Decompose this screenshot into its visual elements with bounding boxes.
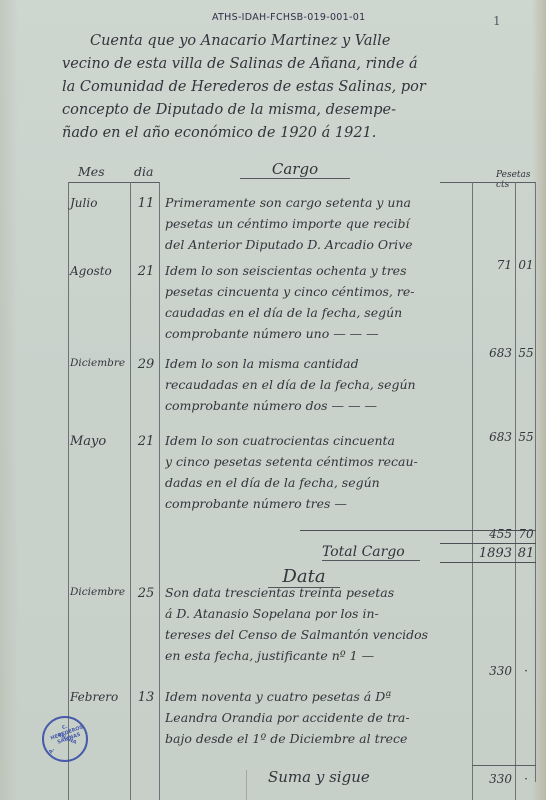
entry-line: comprobante número tres — [165,493,470,514]
entry-day: 29 [134,357,158,372]
carry-pesetas: 330 [474,772,512,786]
column-rule-day-text [159,182,160,800]
total-cargo-label: Total Cargo [322,544,420,561]
total-cargo-pesetas: 1893 [474,546,512,561]
entry-line: á D. Atanasio Sopelana por los in- [165,603,470,624]
column-rule-pesetas-centimos [515,182,516,800]
subtotal-rule [300,530,536,531]
entry-line: pesetas un céntimo importe que recibí [165,213,470,234]
entry-line: dadas en el día de la fecha, según [165,472,470,493]
column-rule-text-pesetas [472,182,473,800]
entry-line: bajo desde el 1º de Diciembre al trece [165,728,470,749]
entry-centimos: 01 [517,258,535,272]
entry-pesetas: 330 [474,664,512,678]
entry-line: caudadas en el día de la fecha, según [165,302,470,323]
entry-text: Idem lo son cuatrocientas cincuenta y ci… [165,430,470,514]
entry-text: Primeramente son cargo setenta y una pes… [165,192,470,255]
entry-day: 21 [134,264,158,279]
column-rule-right [535,182,536,782]
carry-rule [472,765,536,766]
entry-line: pesetas cincuenta y cinco céntimos, re- [165,281,470,302]
intro-line: Cuenta que yo Anacario Martinez y Valle [62,30,540,53]
total-rule-top [440,543,536,544]
stamp-text-side: A. [46,744,58,757]
entry-line: Idem lo son cuatrocientas cincuenta [165,430,470,451]
intro-line: vecino de esta villa de Salinas de Añana… [62,53,540,76]
intro-line: concepto de Diputado de la misma, desemp… [62,99,540,122]
intro-line: la Comunidad de Herederos de estas Salin… [62,76,540,99]
entry-pesetas: 683 [474,430,512,444]
entry-month: Diciembre [70,357,130,369]
column-rule-month-day [130,182,131,800]
column-header-day: dia [134,164,153,179]
entry-month: Diciembre [70,586,130,598]
carry-centimos: · [517,772,535,786]
entry-line: Idem lo son seiscientas ochenta y tres [165,260,470,281]
entry-centimos: 55 [517,346,535,360]
entry-text: Idem noventa y cuatro pesetas á Dª Leand… [165,686,470,749]
entry-text: Idem lo son la misma cantidad recaudadas… [165,353,470,416]
entry-day: 13 [134,690,158,705]
entry-line: Primeramente son cargo setenta y una [165,192,470,213]
paper-crease [246,770,247,800]
entry-line: Son data trescientas treinta pesetas [165,582,470,603]
pesetas-label: Pesetas [496,170,531,180]
intro-line: ñado en el año económico de 1920 á 1921. [62,122,540,145]
entry-centimos: · [517,664,535,678]
entry-line: comprobante número dos — — — [165,395,470,416]
page-number: 1 [493,14,501,28]
entry-day: 21 [134,434,158,449]
entry-line: tereses del Censo de Salmantón vencidos [165,624,470,645]
entry-text: Idem lo son seiscientas ochenta y tres p… [165,260,470,344]
column-header-pesetas: Pesetas cts [496,170,546,190]
entry-line: recaudadas en el día de la fecha, según [165,374,470,395]
column-header-month: Mes [78,164,105,179]
archive-reference-code: ATHS-IDAH-FCHSB-019-001-01 [212,12,365,23]
ledger-page: ATHS-IDAH-FCHSB-019-001-01 1 Cuenta que … [0,0,546,800]
entry-month: Febrero [70,690,130,704]
entry-day: 25 [134,586,158,601]
entry-line: del Anterior Diputado D. Arcadio Orive [165,234,470,255]
entry-day: 11 [134,196,158,211]
column-rule-left [68,182,69,800]
account-introduction: Cuenta que yo Anacario Martinez y Valle … [62,30,540,145]
entry-text: Son data trescientas treinta pesetas á D… [165,582,470,666]
suma-y-sigue-label: Suma y sigue [268,768,370,786]
entry-line: Idem lo son la misma cantidad [165,353,470,374]
entry-line: Leandra Orandia por accidente de tra- [165,707,470,728]
entry-line: en esta fecha, justificante nº 1 — [165,645,470,666]
entry-month: Mayo [70,434,130,449]
herederos-salinas-stamp: C. HEREDEROS SALINAS AÑANA A. [42,716,88,762]
entry-line: comprobante número uno — — — [165,323,470,344]
entry-centimos: 55 [517,430,535,444]
entry-pesetas: 683 [474,346,512,360]
total-rule-bottom [440,562,536,563]
entry-line: y cinco pesetas setenta céntimos recau- [165,451,470,472]
total-cargo-centimos: 81 [517,546,535,561]
entry-line: Idem noventa y cuatro pesetas á Dª [165,686,470,707]
entry-pesetas: 71 [474,258,512,272]
header-rule [68,182,160,183]
cargo-title: Cargo [240,160,350,179]
entry-month: Julio [70,196,130,210]
header-rule-amounts [440,182,536,183]
entry-month: Agosto [70,264,130,278]
